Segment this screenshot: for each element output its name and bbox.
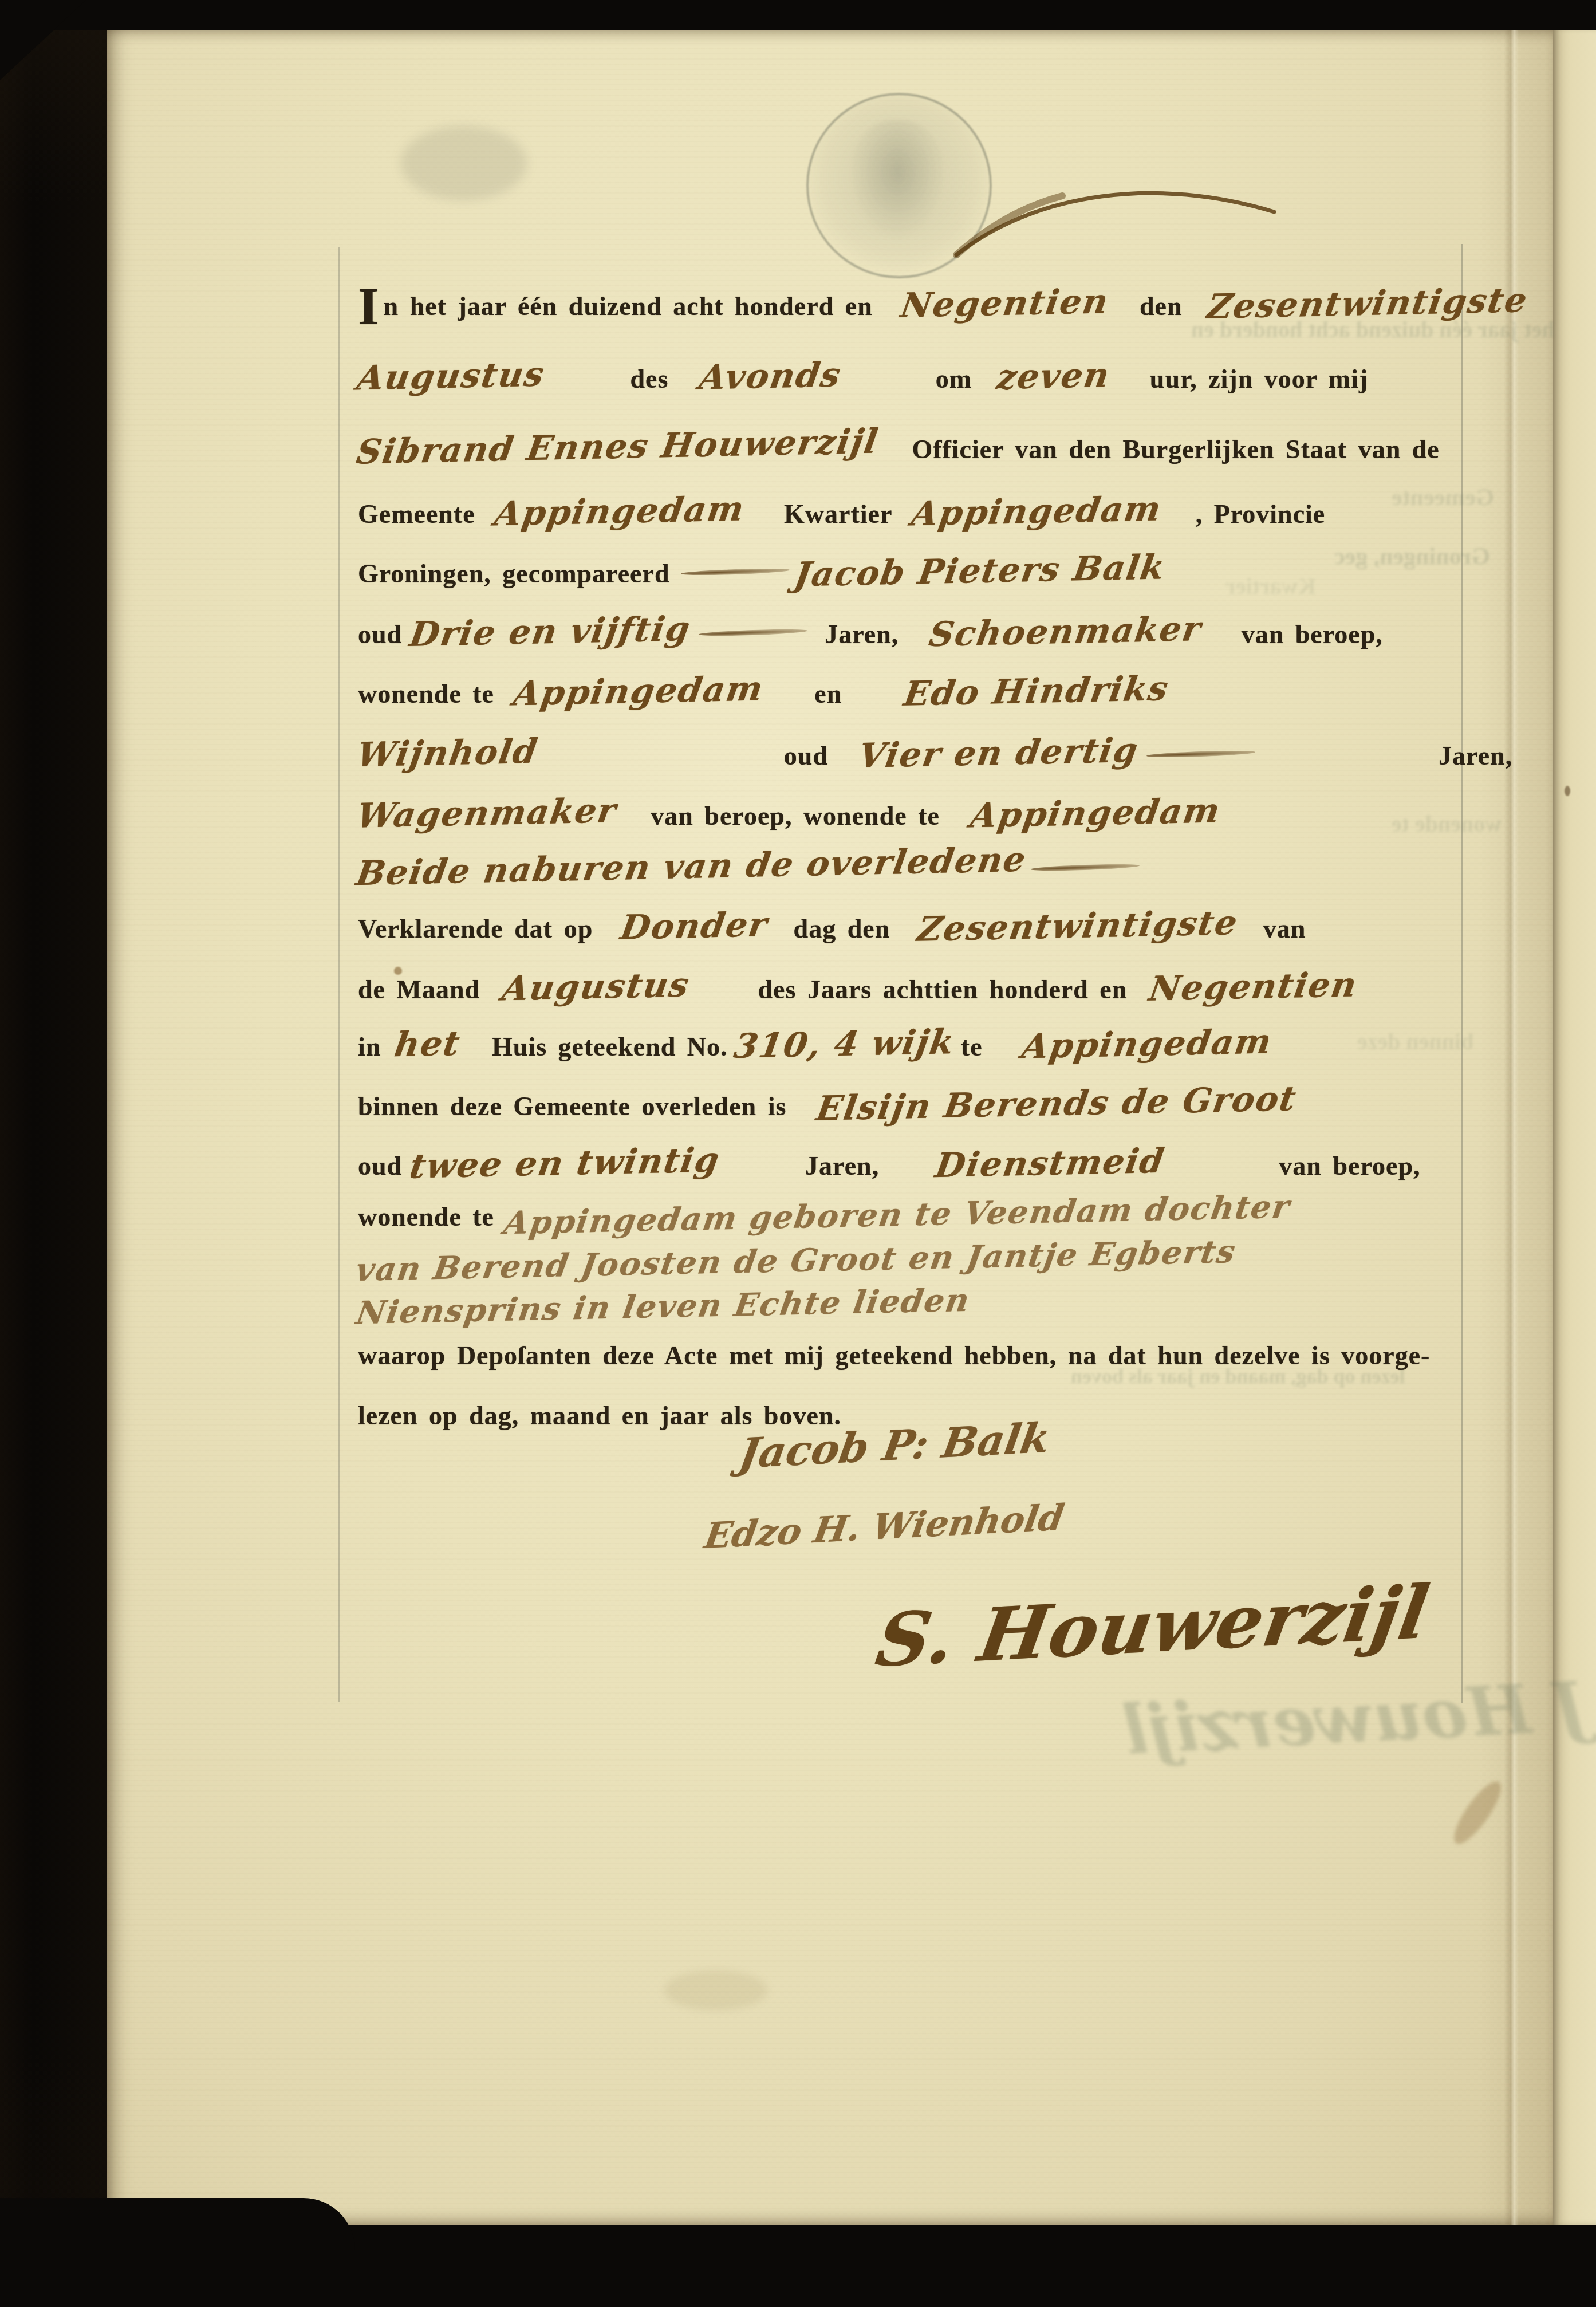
printed-text: Gemeente bbox=[358, 499, 475, 529]
printed-text: den bbox=[1140, 292, 1183, 321]
bleedthrough-text: Gemeente bbox=[1392, 484, 1495, 511]
text-line: binnen deze Gemeente overleden isElsijn … bbox=[358, 1084, 1296, 1123]
ink-flourish bbox=[951, 172, 1294, 275]
paper-stain bbox=[664, 1970, 767, 2010]
handwritten-text: Niensprins in leven Echte lieden bbox=[354, 1281, 973, 1331]
handwritten-text: Negentien bbox=[898, 281, 1112, 325]
printed-text: Jaren, bbox=[1439, 741, 1512, 770]
bleedthrough-text: het jaar één duizend acht honderd en bbox=[1191, 316, 1555, 343]
ink-dot bbox=[394, 967, 402, 975]
text-line: WijnholdoudVier en dertigJaren, bbox=[358, 733, 1512, 773]
handwritten-text: Appingedam bbox=[968, 790, 1224, 835]
handwritten-text: Appingedam bbox=[909, 489, 1165, 533]
stamp-crest bbox=[849, 120, 946, 241]
printed-text: Verklarende dat op bbox=[358, 914, 593, 943]
handwritten-text: Elsijn Berends de Groot bbox=[814, 1078, 1300, 1128]
text-line: oudDrie en vijftigJaren,Schoenmakervan b… bbox=[358, 612, 1383, 651]
printed-text: Huis geteekend No. bbox=[492, 1032, 728, 1061]
handwritten-text: Wagenmaker bbox=[354, 790, 620, 835]
text-line: wonende teAppingedamenEdo Hindriks bbox=[358, 671, 1168, 711]
printed-text: in bbox=[358, 1032, 381, 1061]
pen-swash bbox=[1031, 863, 1140, 872]
pen-swash bbox=[699, 628, 807, 637]
next-page-sliver bbox=[1553, 29, 1596, 2225]
printed-text: n het jaar één duizend acht honderd en bbox=[384, 292, 873, 321]
text-line: oudtwee en twintigJaren,Dienstmeidvan be… bbox=[358, 1143, 1420, 1183]
gutter-shadow bbox=[1479, 29, 1553, 2225]
handwritten-text: Vier en dertig bbox=[856, 730, 1142, 775]
handwritten-text: Edo Hindriks bbox=[901, 668, 1172, 714]
printed-text: Jaren, bbox=[805, 1151, 879, 1180]
handwritten-text: Schoenmaker bbox=[927, 609, 1205, 654]
bleedthrough-text: binnen deze bbox=[1357, 1028, 1473, 1055]
pen-swash bbox=[681, 568, 790, 577]
text-line: GemeenteAppingedamKwartierAppingedam, Pr… bbox=[358, 491, 1325, 531]
printed-text: wonende te bbox=[358, 679, 494, 708]
printed-text: van bbox=[1263, 914, 1306, 943]
text-line: lezen op dag, maand en jaar als boven. bbox=[358, 1400, 841, 1431]
margin-rule-left bbox=[338, 247, 340, 1702]
book-page-edges-shadow bbox=[0, 26, 112, 2229]
printed-text: Kwartier bbox=[784, 499, 892, 529]
handwritten-text: zeven bbox=[994, 355, 1113, 397]
text-line: van Berend Joosten de Groot en Jantje Eg… bbox=[358, 1242, 1235, 1279]
speck bbox=[1565, 786, 1570, 796]
printed-text: oud bbox=[358, 1151, 402, 1180]
handwritten-text: Sibrand Ennes Houwerzijl bbox=[354, 422, 881, 472]
background-corner-bottom-left bbox=[0, 2198, 355, 2307]
text-line: Verklarende dat opDonderdag denZesentwin… bbox=[358, 906, 1306, 946]
printed-text: en bbox=[814, 679, 842, 708]
printed-text: van beroep, bbox=[1242, 620, 1383, 649]
handwritten-text: Donder bbox=[618, 904, 771, 947]
handwritten-text: Negentien bbox=[1146, 964, 1360, 1009]
text-line: wonende teAppingedam geboren te Veendam … bbox=[358, 1196, 1289, 1233]
handwritten-text: Wijnhold bbox=[354, 731, 541, 775]
printed-text: , Provincie bbox=[1196, 499, 1326, 529]
text-line: Beide naburen van de overledene bbox=[358, 847, 1140, 886]
handwritten-text: Dienstmeid bbox=[933, 1141, 1168, 1185]
bleedthrough-text: wonende te bbox=[1392, 810, 1502, 837]
printed-text: I bbox=[358, 277, 379, 336]
text-line: AugustusdesAvondsomzevenuur, zijn voor m… bbox=[358, 356, 1368, 396]
handwritten-text: Appingedam bbox=[1019, 1021, 1275, 1066]
printed-text: oud bbox=[784, 741, 828, 770]
printed-text: Groningen, gecompareerd bbox=[358, 559, 669, 588]
bleedthrough-text: Groningen, gec bbox=[1334, 543, 1490, 570]
text-line: Wagenmakervan beroep, wonende teAppinged… bbox=[358, 793, 1220, 833]
printed-text: van beroep, wonende te bbox=[651, 801, 940, 830]
book-photo: In het jaar één duizend acht honderd enN… bbox=[0, 0, 1596, 2307]
handwritten-text: Beide naburen van de overledene bbox=[354, 840, 1030, 893]
text-line: inhetHuis geteekend No.310, 4 wijkteAppi… bbox=[358, 1024, 1271, 1064]
handwritten-text: Zesentwintigste bbox=[915, 903, 1241, 949]
printed-text: des bbox=[630, 364, 668, 393]
pen-swash bbox=[1146, 750, 1255, 759]
printed-text: de Maand bbox=[358, 975, 480, 1004]
printed-text: van beroep, bbox=[1279, 1151, 1420, 1180]
printed-text: wonende te bbox=[358, 1202, 494, 1231]
printed-text: uur, zijn voor mij bbox=[1150, 364, 1368, 393]
printed-text: om bbox=[936, 364, 972, 393]
handwritten-text: Appingedam bbox=[511, 668, 767, 713]
bleedthrough-text: Kwartier bbox=[1225, 573, 1316, 600]
handwritten-text: twee en twintig bbox=[407, 1140, 723, 1186]
printed-text: des Jaars achttien honderd en bbox=[758, 975, 1128, 1004]
handwritten-text: Appingedam bbox=[492, 489, 748, 533]
handwritten-text: 310, 4 wijk bbox=[731, 1022, 957, 1066]
text-line: Sibrand Ennes HouwerzijlOfficier van den… bbox=[358, 427, 1440, 466]
handwritten-text: Drie en vijftig bbox=[407, 609, 693, 654]
smudge bbox=[401, 126, 527, 200]
text-line: de MaandAugustusdes Jaars achttien honde… bbox=[358, 967, 1357, 1006]
handwritten-text: het bbox=[392, 1023, 464, 1064]
printed-text: Officier van den Burgerlijken Staat van … bbox=[912, 435, 1439, 464]
background-top bbox=[0, 0, 1596, 30]
printed-text: Jaren, bbox=[825, 620, 899, 649]
handwritten-text: Avonds bbox=[697, 355, 845, 397]
printed-text: binnen deze Gemeente overleden is bbox=[358, 1092, 786, 1121]
printed-text: oud bbox=[358, 620, 402, 649]
text-line: Niensprins in leven Echte lieden bbox=[358, 1288, 969, 1325]
text-line: Groningen, gecompareerdJacob Pieters Bal… bbox=[358, 551, 1165, 590]
margin-rule-right bbox=[1461, 244, 1463, 1703]
printed-text: dag den bbox=[794, 914, 890, 943]
handwritten-text: Augustus bbox=[499, 965, 692, 1009]
bleedthrough-text: lezen op dag, maand en jaar als boven bbox=[1071, 1364, 1405, 1388]
printed-text: lezen op dag, maand en jaar als boven. bbox=[358, 1401, 841, 1430]
handwritten-text: Jacob Pieters Balk bbox=[792, 547, 1169, 594]
printed-text: te bbox=[961, 1032, 983, 1061]
handwritten-text: Augustus bbox=[354, 355, 547, 398]
